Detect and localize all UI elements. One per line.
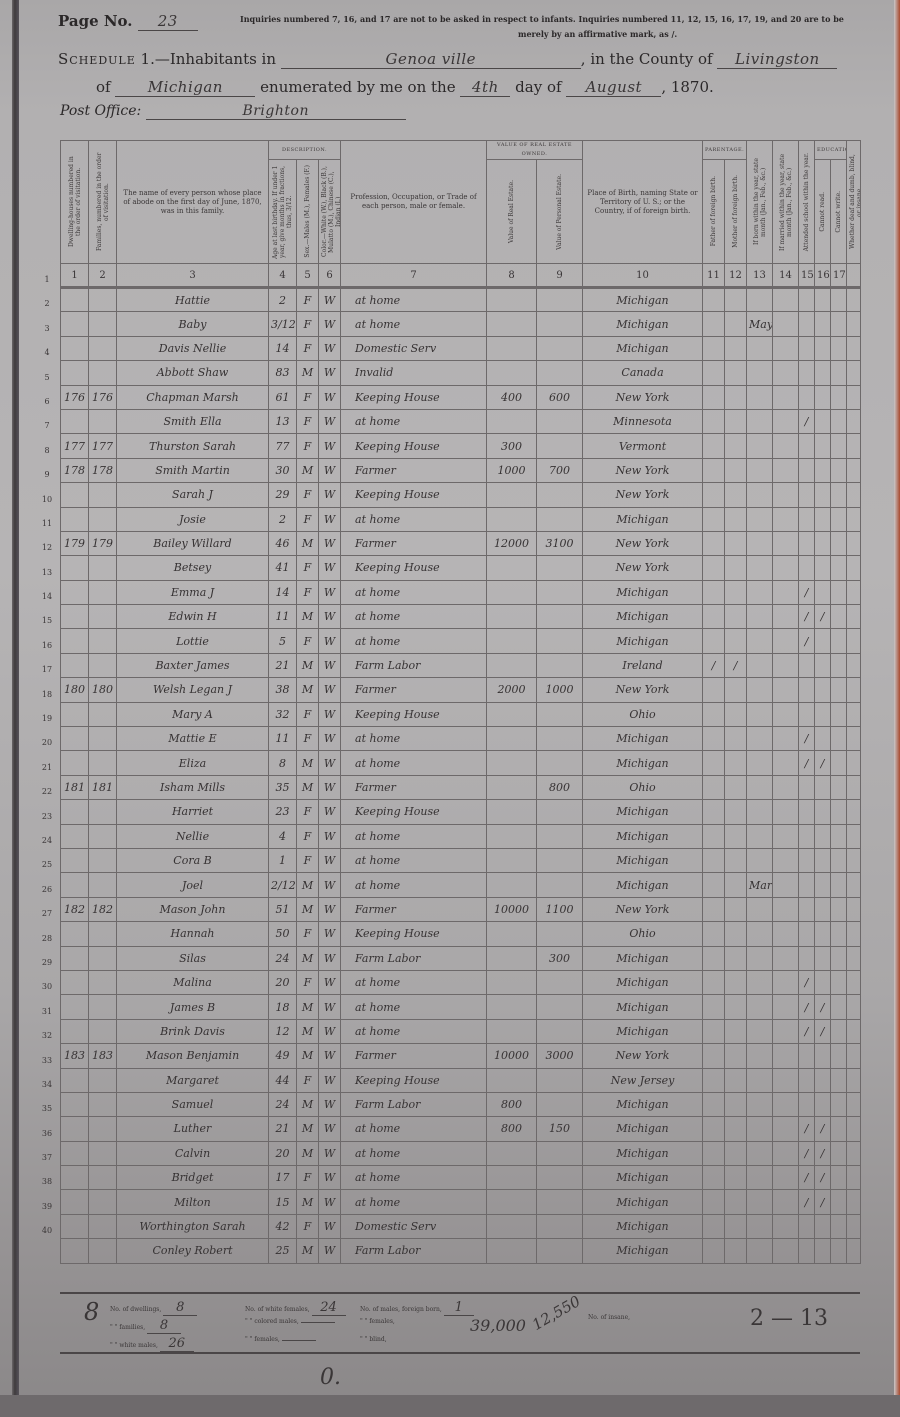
occupation: Farmer — [341, 531, 487, 555]
column-number: 2 — [89, 264, 117, 288]
sex: M — [297, 897, 319, 921]
real-estate-value — [487, 1019, 537, 1043]
personal-estate-value: 150 — [537, 1117, 583, 1141]
person-name: Joel — [117, 873, 269, 897]
table-row: Worthington Sarah42FWDomestic ServMichig… — [61, 1214, 861, 1238]
occupation: at home — [341, 1019, 487, 1043]
real-estate-value — [487, 702, 537, 726]
line-number: 11 — [36, 512, 58, 536]
person-name: Baby — [117, 312, 269, 336]
family-number — [89, 848, 117, 872]
real-estate-value — [487, 800, 537, 824]
white-males-summary: " " white males, 26 — [110, 1336, 194, 1352]
dwelling-number — [61, 1068, 89, 1092]
real-estate-value: 1000 — [487, 458, 537, 482]
real-estate-value — [487, 580, 537, 604]
page-number-line: Page No. 23 — [58, 12, 198, 31]
col-name-header: The name of every person whose place of … — [117, 141, 269, 264]
age: 42 — [269, 1214, 297, 1238]
column-number: 7 — [341, 264, 487, 288]
birthplace: New York — [583, 531, 703, 555]
family-number — [89, 361, 117, 385]
line-number: 27 — [36, 902, 58, 926]
col-cannot-write-header: Cannot write. — [831, 160, 847, 264]
column-number: 13 — [747, 264, 773, 288]
table-row: Milton15MWat homeMichigan// — [61, 1190, 861, 1214]
sex: F — [297, 336, 319, 360]
born-in-year — [747, 1092, 773, 1116]
sex: F — [297, 409, 319, 433]
line-number: 40 — [36, 1219, 58, 1243]
mother-foreign — [725, 873, 747, 897]
description-group-header: DESCRIPTION. — [269, 141, 341, 160]
occupation: at home — [341, 1117, 487, 1141]
birthplace: Ireland — [583, 653, 703, 677]
sex: M — [297, 531, 319, 555]
family-number: 183 — [89, 1044, 117, 1068]
father-foreign — [703, 385, 725, 409]
line-number: 30 — [36, 975, 58, 999]
line-number: 28 — [36, 927, 58, 951]
person-name: Worthington Sarah — [117, 1214, 269, 1238]
married-in-year — [773, 531, 799, 555]
real-estate-value — [487, 507, 537, 531]
father-foreign — [703, 629, 725, 653]
age: 35 — [269, 775, 297, 799]
father-foreign — [703, 483, 725, 507]
dwelling-number — [61, 824, 89, 848]
disability — [847, 1166, 861, 1190]
cannot-write — [831, 1019, 847, 1043]
person-name: Margaret — [117, 1068, 269, 1092]
column-number: 10 — [583, 264, 703, 288]
father-foreign — [703, 1068, 725, 1092]
line-number: 17 — [36, 658, 58, 682]
birthplace: Michigan — [583, 1141, 703, 1165]
occupation: Keeping House — [341, 702, 487, 726]
col-born-year-header: If born within the year, state month (Ja… — [747, 141, 773, 264]
line-number: 21 — [36, 756, 58, 780]
married-in-year — [773, 1019, 799, 1043]
line-number: 19 — [36, 707, 58, 731]
real-estate-value — [487, 605, 537, 629]
color: W — [319, 1117, 341, 1141]
color: W — [319, 775, 341, 799]
occupation: Keeping House — [341, 385, 487, 409]
column-number — [847, 264, 861, 288]
mother-foreign — [725, 1117, 747, 1141]
cannot-write — [831, 507, 847, 531]
family-number — [89, 727, 117, 751]
real-estate-value: 10000 — [487, 1044, 537, 1068]
table-row: Baby3/12FWat homeMichiganMay — [61, 312, 861, 336]
attended-school — [799, 653, 815, 677]
cannot-write — [831, 824, 847, 848]
occupation: at home — [341, 1190, 487, 1214]
born-in-year — [747, 678, 773, 702]
family-number — [89, 1190, 117, 1214]
sex: M — [297, 775, 319, 799]
table-row: Nellie4FWat homeMichigan — [61, 824, 861, 848]
born-in-year: Mar — [747, 873, 773, 897]
married-in-year — [773, 1141, 799, 1165]
born-in-year — [747, 580, 773, 604]
occupation: at home — [341, 605, 487, 629]
father-foreign — [703, 556, 725, 580]
color: W — [319, 702, 341, 726]
married-in-year — [773, 507, 799, 531]
occupation: at home — [341, 580, 487, 604]
of-label: of — [96, 78, 111, 96]
attended-school: / — [799, 409, 815, 433]
married-in-year — [773, 1166, 799, 1190]
summary-margin-mark: 8 — [84, 1298, 99, 1326]
father-foreign — [703, 970, 725, 994]
table-row: 179179Bailey Willard46MWFarmer120003100N… — [61, 531, 861, 555]
line-number: 3 — [36, 317, 58, 341]
married-in-year — [773, 1068, 799, 1092]
person-name: Silas — [117, 946, 269, 970]
occupation: Keeping House — [341, 1068, 487, 1092]
real-estate-value — [487, 361, 537, 385]
attended-school: / — [799, 995, 815, 1019]
color: W — [319, 1068, 341, 1092]
cannot-read — [815, 775, 831, 799]
family-number — [89, 653, 117, 677]
color: W — [319, 848, 341, 872]
born-in-year — [747, 361, 773, 385]
cannot-read: / — [815, 605, 831, 629]
census-page: Page No. 23 Inquiries numbered 7, 16, an… — [0, 0, 900, 1417]
father-foreign — [703, 1141, 725, 1165]
color: W — [319, 873, 341, 897]
occupation: at home — [341, 312, 487, 336]
post-office-field: Brighton — [146, 103, 406, 120]
table-row: 183183Mason Benjamin49MWFarmer100003000N… — [61, 1044, 861, 1068]
family-number — [89, 1214, 117, 1238]
mother-foreign — [725, 1239, 747, 1263]
schedule-line: Schedule 1.—Inhabitants in Genoa ville, … — [58, 50, 837, 69]
dwelling-number: 178 — [61, 458, 89, 482]
father-foreign — [703, 873, 725, 897]
disability — [847, 507, 861, 531]
age: 24 — [269, 946, 297, 970]
line-number: 20 — [36, 731, 58, 755]
birthplace: Michigan — [583, 946, 703, 970]
dwelling-number — [61, 800, 89, 824]
color: W — [319, 434, 341, 458]
father-foreign — [703, 727, 725, 751]
disability — [847, 727, 861, 751]
disability — [847, 775, 861, 799]
dwelling-number — [61, 995, 89, 1019]
mother-foreign — [725, 385, 747, 409]
born-in-year — [747, 483, 773, 507]
personal-estate-value — [537, 970, 583, 994]
personal-estate-value — [537, 1068, 583, 1092]
cannot-write — [831, 751, 847, 775]
colored-females-summary: " " females, — [245, 1336, 316, 1343]
cannot-read — [815, 946, 831, 970]
occupation: Farmer — [341, 678, 487, 702]
attended-school — [799, 458, 815, 482]
column-numbers-row: 1234567891011121314151617 — [61, 264, 861, 288]
table-row: Abbott Shaw83MWInvalidCanada — [61, 361, 861, 385]
occupation: Keeping House — [341, 483, 487, 507]
sex: F — [297, 288, 319, 312]
married-in-year — [773, 678, 799, 702]
married-in-year — [773, 873, 799, 897]
age: 61 — [269, 385, 297, 409]
age: 5 — [269, 629, 297, 653]
cannot-read — [815, 336, 831, 360]
married-in-year — [773, 897, 799, 921]
year-label: , 1870. — [661, 78, 713, 96]
dwelling-number — [61, 653, 89, 677]
mother-foreign — [725, 580, 747, 604]
cannot-read — [815, 434, 831, 458]
birthplace: Michigan — [583, 873, 703, 897]
age: 13 — [269, 409, 297, 433]
father-foreign — [703, 751, 725, 775]
birthplace: Michigan — [583, 580, 703, 604]
age: 18 — [269, 995, 297, 1019]
born-in-year — [747, 848, 773, 872]
disability — [847, 629, 861, 653]
real-estate-value: 800 — [487, 1117, 537, 1141]
cannot-read — [815, 1044, 831, 1068]
sex: F — [297, 1068, 319, 1092]
attended-school: / — [799, 629, 815, 653]
disability — [847, 1117, 861, 1141]
born-in-year — [747, 1239, 773, 1263]
cannot-read — [815, 1068, 831, 1092]
birthplace: New York — [583, 1044, 703, 1068]
disability — [847, 1068, 861, 1092]
real-estate-total: 39,000 — [470, 1316, 526, 1335]
schedule-label: Schedule — [58, 50, 136, 68]
family-number: 182 — [89, 897, 117, 921]
person-name: Mary A — [117, 702, 269, 726]
mother-foreign — [725, 1141, 747, 1165]
dwelling-number — [61, 507, 89, 531]
sex: F — [297, 629, 319, 653]
table-row: Hannah50FWKeeping HouseOhio — [61, 922, 861, 946]
birthplace: New York — [583, 897, 703, 921]
person-name: Eliza — [117, 751, 269, 775]
father-foreign: / — [703, 653, 725, 677]
color: W — [319, 922, 341, 946]
family-number — [89, 1166, 117, 1190]
real-estate-value — [487, 556, 537, 580]
table-row: Sarah J29FWKeeping HouseNew York — [61, 483, 861, 507]
occupation: at home — [341, 1166, 487, 1190]
personal-estate-value — [537, 653, 583, 677]
mother-foreign — [725, 556, 747, 580]
col-father-foreign-header: Father of foreign birth. — [703, 160, 725, 264]
color: W — [319, 507, 341, 531]
real-estate-value — [487, 873, 537, 897]
born-in-year — [747, 1068, 773, 1092]
real-estate-value — [487, 970, 537, 994]
birthplace: Michigan — [583, 1092, 703, 1116]
mother-foreign — [725, 1166, 747, 1190]
table-row: 178178Smith Martin30MWFarmer1000700New Y… — [61, 458, 861, 482]
cannot-write — [831, 1092, 847, 1116]
sex: F — [297, 800, 319, 824]
family-number — [89, 605, 117, 629]
table-row: Mattie E11FWat homeMichigan/ — [61, 727, 861, 751]
married-in-year — [773, 336, 799, 360]
attended-school — [799, 556, 815, 580]
column-number: 16 — [815, 264, 831, 288]
attended-school — [799, 775, 815, 799]
age: 20 — [269, 970, 297, 994]
mother-foreign — [725, 629, 747, 653]
col-mother-foreign-header: Mother of foreign birth. — [725, 160, 747, 264]
real-estate-value: 2000 — [487, 678, 537, 702]
personal-estate-value — [537, 605, 583, 629]
sex: M — [297, 1117, 319, 1141]
table-row: Brink Davis12MWat homeMichigan// — [61, 1019, 861, 1043]
occupation: Farmer — [341, 1044, 487, 1068]
line-number: 6 — [36, 390, 58, 414]
table-row: Conley Robert25MWFarm LaborMichigan — [61, 1239, 861, 1263]
color: W — [319, 727, 341, 751]
real-estate-value — [487, 922, 537, 946]
attended-school — [799, 678, 815, 702]
sex: F — [297, 483, 319, 507]
married-in-year — [773, 629, 799, 653]
birthplace: New Jersey — [583, 1068, 703, 1092]
cannot-read — [815, 1239, 831, 1263]
age: 11 — [269, 727, 297, 751]
personal-estate-value: 600 — [537, 385, 583, 409]
disability — [847, 312, 861, 336]
married-in-year — [773, 848, 799, 872]
table-row: Harriet23FWKeeping HouseMichigan — [61, 800, 861, 824]
table-row: Josie2FWat homeMichigan — [61, 507, 861, 531]
disability — [847, 556, 861, 580]
mother-foreign — [725, 848, 747, 872]
bottom-shadow — [0, 1395, 900, 1417]
cannot-write — [831, 1239, 847, 1263]
age: 51 — [269, 897, 297, 921]
dwelling-number — [61, 1092, 89, 1116]
birthplace: Michigan — [583, 1166, 703, 1190]
father-foreign — [703, 1092, 725, 1116]
line-number: 38 — [36, 1170, 58, 1194]
occupation: at home — [341, 873, 487, 897]
sex: M — [297, 995, 319, 1019]
month-field: August — [566, 78, 661, 97]
occupation: at home — [341, 1141, 487, 1165]
real-estate-value — [487, 995, 537, 1019]
real-estate-value — [487, 1239, 537, 1263]
occupation: at home — [341, 727, 487, 751]
occupation: Farm Labor — [341, 1092, 487, 1116]
family-number — [89, 556, 117, 580]
family-number: 176 — [89, 385, 117, 409]
born-in-year — [747, 531, 773, 555]
column-number: 11 — [703, 264, 725, 288]
born-in-year — [747, 336, 773, 360]
sex: F — [297, 727, 319, 751]
married-in-year — [773, 824, 799, 848]
birthplace: Michigan — [583, 1214, 703, 1238]
father-foreign — [703, 1214, 725, 1238]
dwelling-number: 181 — [61, 775, 89, 799]
col-personal-estate-header: Value of Personal Estate. — [537, 160, 583, 264]
line-number: 8 — [36, 439, 58, 463]
attended-school — [799, 702, 815, 726]
occupation: at home — [341, 848, 487, 872]
born-in-year — [747, 751, 773, 775]
mother-foreign — [725, 288, 747, 312]
attended-school: / — [799, 970, 815, 994]
cannot-write — [831, 556, 847, 580]
father-foreign — [703, 458, 725, 482]
disability — [847, 1214, 861, 1238]
mother-foreign — [725, 1092, 747, 1116]
cannot-read: / — [815, 1019, 831, 1043]
cannot-write — [831, 629, 847, 653]
birthplace: Michigan — [583, 605, 703, 629]
personal-estate-value: 700 — [537, 458, 583, 482]
dwelling-number — [61, 1019, 89, 1043]
line-number: 31 — [36, 1000, 58, 1024]
family-number — [89, 1068, 117, 1092]
disability — [847, 1044, 861, 1068]
birthplace: Vermont — [583, 434, 703, 458]
line-number: 15 — [36, 609, 58, 633]
census-rows: Hattie2FWat homeMichiganBaby3/12FWat hom… — [61, 288, 861, 1264]
disability — [847, 361, 861, 385]
mother-foreign — [725, 727, 747, 751]
age: 15 — [269, 1190, 297, 1214]
attended-school — [799, 946, 815, 970]
line-number: 12 — [36, 536, 58, 560]
personal-estate-value: 1000 — [537, 678, 583, 702]
disability — [847, 1190, 861, 1214]
personal-estate-value — [537, 507, 583, 531]
disability — [847, 848, 861, 872]
mother-foreign — [725, 1190, 747, 1214]
dwelling-number — [61, 873, 89, 897]
cannot-read — [815, 629, 831, 653]
birthplace: Ohio — [583, 702, 703, 726]
real-estate-value — [487, 775, 537, 799]
cannot-read — [815, 507, 831, 531]
disability — [847, 1141, 861, 1165]
father-foreign — [703, 897, 725, 921]
cannot-read — [815, 556, 831, 580]
color: W — [319, 1092, 341, 1116]
dwelling-number — [61, 1190, 89, 1214]
attended-school — [799, 361, 815, 385]
age: 38 — [269, 678, 297, 702]
line-number: 10 — [36, 488, 58, 512]
cannot-read: / — [815, 1117, 831, 1141]
disability — [847, 873, 861, 897]
attended-school — [799, 1068, 815, 1092]
real-estate-value — [487, 946, 537, 970]
disability — [847, 483, 861, 507]
age: 3/12 — [269, 312, 297, 336]
age: 49 — [269, 1044, 297, 1068]
born-in-year — [747, 1214, 773, 1238]
sex: F — [297, 556, 319, 580]
